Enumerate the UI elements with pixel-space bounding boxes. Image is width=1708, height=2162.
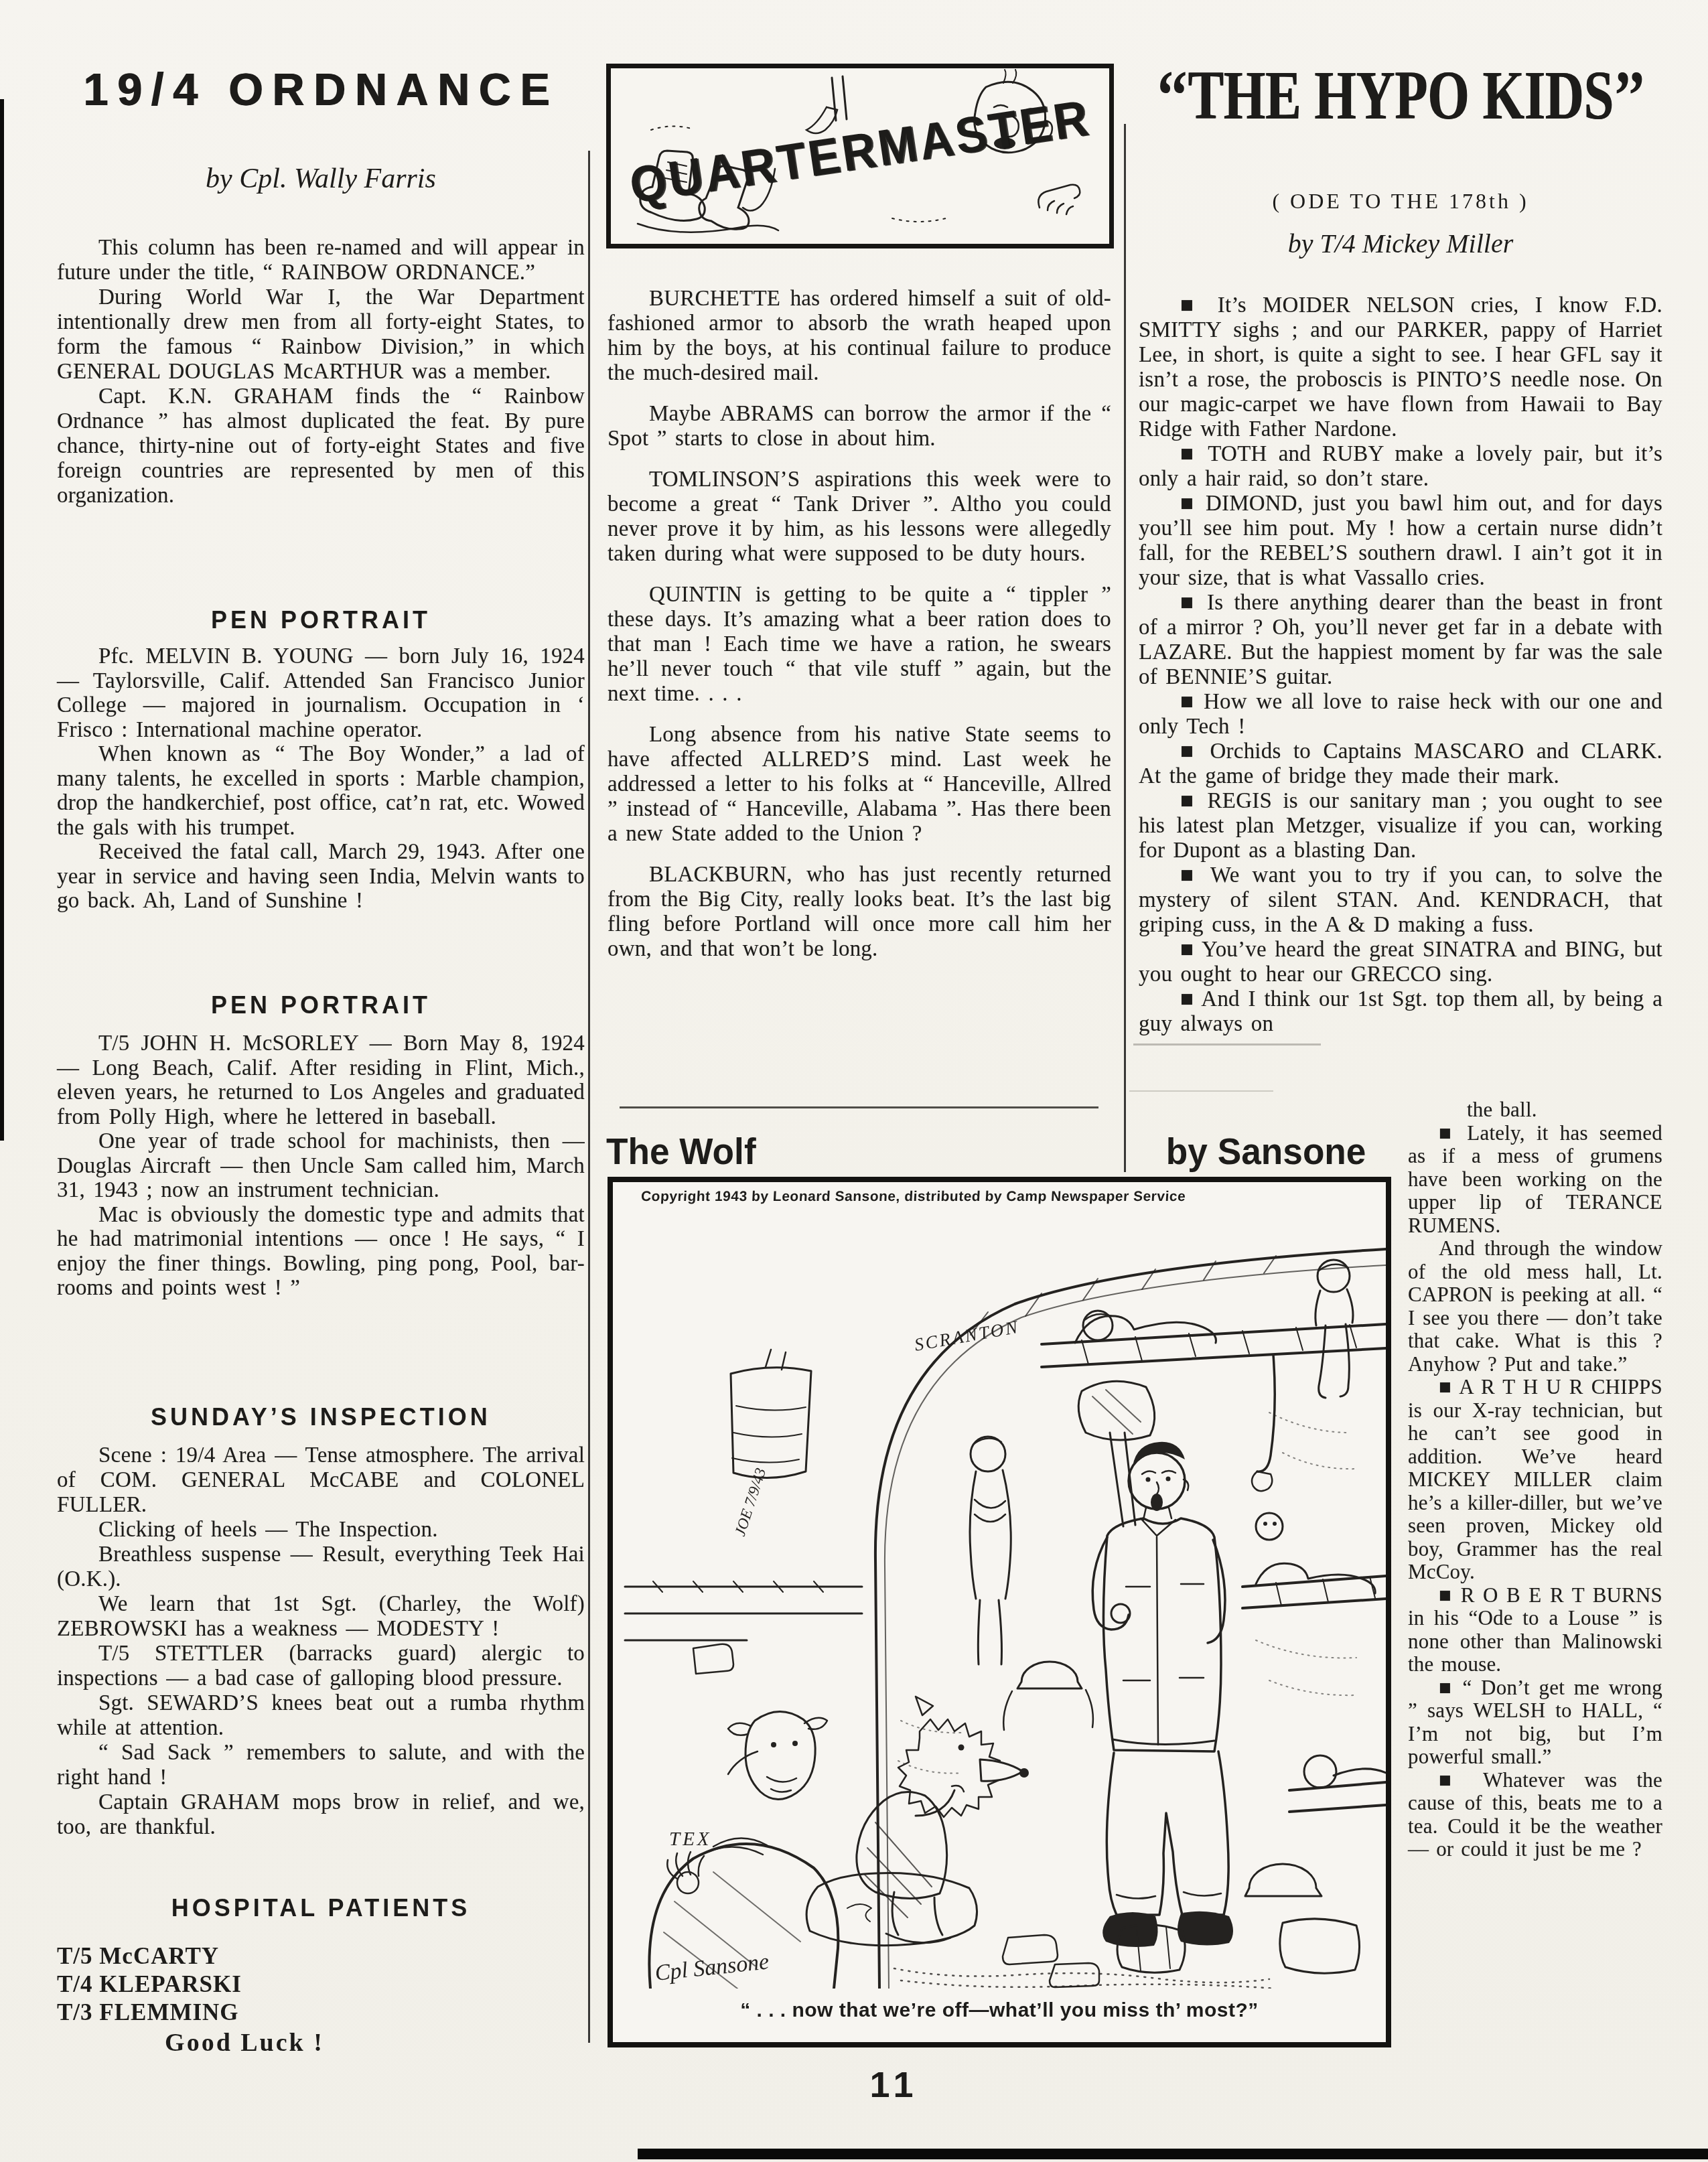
- section-heading-sundays-inspection: SUNDAY’S INSPECTION: [57, 1403, 585, 1432]
- paragraph: ■ DIMOND, just you bawl him out, and for…: [1139, 492, 1662, 591]
- cartoon-signature: Cpl Sansone: [654, 1949, 770, 1986]
- column-divider-right: [1124, 124, 1126, 1172]
- paragraph: BLACKBURN, who has just recently returne…: [608, 863, 1111, 962]
- middle-column-end-rule: [620, 1106, 1098, 1108]
- ordnance-title: 19/4 ORDNANCE: [57, 62, 585, 116]
- scan-crease: [1133, 1043, 1321, 1046]
- paragraph: We learn that 1st Sgt. (Charley, the Wol…: [57, 1592, 585, 1642]
- scan-edge-bottom: [638, 2149, 1708, 2159]
- patient-row: T/4 KLEPARSKI: [57, 1970, 585, 1999]
- paragraph: Mac is obviously the domestic type and a…: [57, 1203, 585, 1301]
- paragraph: Clicking of heels — The Inspection.: [57, 1518, 585, 1542]
- paragraph: ■ It’s MOIDER NELSON cries, I know F.D. …: [1139, 293, 1662, 442]
- paragraph: QUINTIN is getting to be quite a “ tippl…: [608, 583, 1111, 707]
- paragraph: ■ R O B E R T BURNS in his “Ode to a Lou…: [1408, 1584, 1662, 1676]
- page-number: 11: [851, 2064, 938, 2106]
- paragraph: ■ Is there anything dearer than the beas…: [1139, 591, 1662, 690]
- left-column: 19/4 ORDNANCE: [57, 64, 585, 115]
- scan-crease: [1129, 1090, 1273, 1092]
- paragraph: ■ “ Don’t get me wrong ” says WELSH to H…: [1408, 1676, 1662, 1769]
- paragraph: “ Sad Sack ” remembers to salute, and wi…: [57, 1741, 585, 1790]
- wolf-byline: by Sansone: [1166, 1129, 1366, 1173]
- paragraph: BURCHETTE has ordered himself a suit of …: [608, 287, 1111, 386]
- paragraph: And through the window of the old mess h…: [1408, 1237, 1662, 1376]
- paragraph: Maybe ABRAMS can borrow the armor if the…: [608, 402, 1111, 451]
- cartoon-label-scranton: SCRANTON: [913, 1317, 1021, 1355]
- paragraph: ■ Orchids to Captains MASCARO and CLARK.…: [1139, 739, 1662, 789]
- paragraph: Long absence from his native State seems…: [608, 723, 1111, 847]
- paragraph: ■ You’ve heard the great SINATRA and BIN…: [1139, 938, 1662, 987]
- paragraph: Received the fatal call, March 29, 1943.…: [57, 840, 585, 914]
- section-heading-pen-portrait-2: PEN PORTRAIT: [57, 991, 585, 1020]
- paragraph: ■ How we all love to raise heck with our…: [1139, 690, 1662, 739]
- paragraph: ■ We want you to try if you can, to solv…: [1139, 863, 1662, 938]
- paragraph: ■ Lately, it has seemed as if a mess of …: [1408, 1122, 1662, 1238]
- hypo-kids-title: ‘‘THE HYPO KIDS’’: [1139, 56, 1662, 135]
- wolf-cartoon-drawing: SCRANTON JOE 7/9/43 TEX Cpl Sansone: [613, 1212, 1386, 1989]
- paragraph: T/5 JOHN H. McSORLEY — Born May 8, 1924 …: [57, 1031, 585, 1129]
- cartoon-label-joe: JOE 7/9/43: [731, 1466, 769, 1538]
- paragraph: the ball.: [1436, 1098, 1662, 1122]
- wolf-caption: “ . . . now that we’re off—what’ll you m…: [613, 1999, 1386, 2022]
- paragraph: Scene : 19/4 Area — Tense atmosphere. Th…: [57, 1443, 585, 1518]
- cartoon-label-tex: TEX: [669, 1828, 712, 1850]
- paragraph: TOMLINSON’S aspirations this week were t…: [608, 467, 1111, 567]
- paragraph: ■ A R T H U R CHIPPS is our X-ray techni…: [1408, 1376, 1662, 1584]
- section-heading-hospital-patients: HOSPITAL PATIENTS: [57, 1894, 585, 1923]
- paragraph: Sgt. SEWARD’S knees beat out a rumba rhy…: [57, 1691, 585, 1741]
- paragraph: Pfc. MELVIN B. YOUNG — born July 16, 192…: [57, 644, 585, 742]
- newspaper-page: 19/4 ORDNANCE by Cpl. Wally Farris This …: [0, 0, 1708, 2162]
- paragraph: During World War I, the War Department i…: [57, 285, 585, 384]
- paragraph: T/5 STETTLER (barracks guard) alergic to…: [57, 1642, 585, 1691]
- hypo-kids-byline: by T/4 Mickey Miller: [1139, 228, 1662, 259]
- paragraph: Capt. K.N. GRAHAM finds the “ Rainbow Or…: [57, 384, 585, 508]
- ordnance-byline: by Cpl. Wally Farris: [57, 163, 585, 195]
- wolf-cartoon-panel: Copyright 1943 by Leonard Sansone, distr…: [608, 1177, 1391, 2047]
- paragraph: One year of trade school for machinists,…: [57, 1129, 585, 1203]
- wolf-title: The Wolf: [606, 1129, 756, 1173]
- paragraph: ■ Whatever was the cause of this, beats …: [1408, 1769, 1662, 1861]
- closing-good-luck: Good Luck !: [57, 2028, 432, 2058]
- column-divider-left: [588, 151, 590, 2043]
- paragraph: ■ And I think our 1st Sgt. top them all,…: [1139, 987, 1662, 1037]
- wolf-header: The Wolf by Sansone: [606, 1129, 1391, 1173]
- scan-edge-left: [0, 99, 4, 1141]
- paragraph: Captain GRAHAM mops brow in relief, and …: [57, 1790, 585, 1840]
- paragraph: This column has been re-named and will a…: [57, 236, 585, 285]
- patient-row: T/5 McCARTY: [57, 1942, 585, 1970]
- patient-row: T/3 FLEMMING: [57, 1999, 585, 2027]
- wolf-copyright: Copyright 1943 by Leonard Sansone, distr…: [640, 1189, 1244, 1205]
- paragraph: ■ REGIS is our sanitary man ; you ought …: [1139, 789, 1662, 863]
- paragraph: Breathless suspense — Result, everything…: [57, 1542, 585, 1592]
- paragraph: ■ TOTH and RUBY make a lovely pair, but …: [1139, 442, 1662, 492]
- paragraph: When known as “ The Boy Wonder,” a lad o…: [57, 742, 585, 840]
- section-heading-pen-portrait-1: PEN PORTRAIT: [57, 606, 585, 635]
- right-narrow-column: the ball. ■ Lately, it has seemed as if …: [1408, 1098, 1662, 1861]
- hypo-kids-subtitle: ( ODE TO THE 178th ): [1139, 189, 1662, 214]
- quartermaster-banner: QUARTERMASTER: [606, 64, 1114, 248]
